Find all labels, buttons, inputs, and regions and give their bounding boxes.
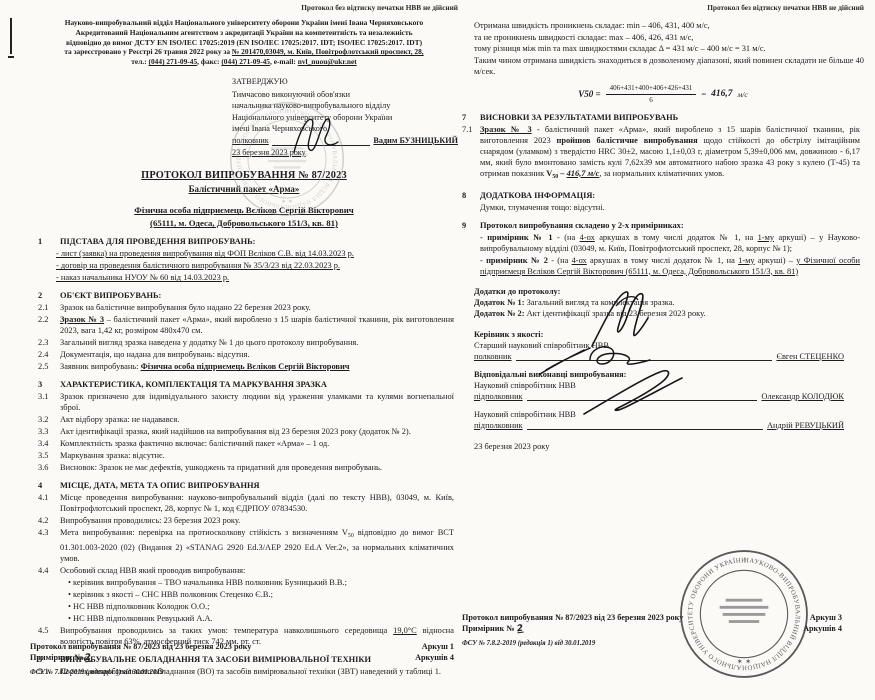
section-number: 3 [30,379,60,390]
section-9-heading: 9 Протокол випробування складено у 2-х п… [462,220,864,231]
section-item: 2.4Документація, що надана для випробува… [30,349,458,360]
section-item: 2.2Зразок № 3 – балістичний пакет «Арма»… [30,314,458,336]
footer-copy-label: Примірник № [462,624,514,633]
section-number: 1 [30,236,60,247]
org-header-line: відповідно до вимог ДСТУ EN ISO/IEC 1702… [30,38,458,48]
item-text: Документація, що надана для випробувань:… [60,349,458,360]
section-2-heading: 2 ОБ'ЄКТ ВИПРОБУВАНЬ: [30,290,458,301]
formula-unit: м/с [738,89,748,100]
item-text: Акт ідентифікації зразка, який надійшов … [60,426,458,437]
item-text: Заявник випробувань: Фізична особа підпр… [60,361,458,372]
formula-equals: = [701,89,706,100]
approval-block: ЗАТВЕРДЖУЮ Тимчасово виконуючий обов'язк… [232,76,458,158]
validity-notice: Протокол без відтиску печатки НВВ не дій… [462,0,864,12]
item-number: 4.1 [30,492,60,514]
signer-rank: полковник [474,351,512,362]
approval-name: Вадим БУЗНИЦЬКИЙ [373,135,458,147]
approval-signature-row: полковник Вадим БУЗНИЦЬКИЙ [232,135,458,147]
org-header-line: Науково-випробувальний відділ Національн… [30,18,458,28]
footer-sheets-total: Аркушів 4 [803,623,842,634]
section-item: 4.3Мета випробування: перевірка на проти… [30,527,458,564]
signature-group-title: Відповідальні виконавці випробування: [474,369,864,380]
org-header-line: тел.: (044) 271-09-45, факс: (044) 271-0… [30,57,458,67]
validity-notice: Протокол без відтиску печатки НВВ не дій… [30,0,458,12]
item-text: Думки, тлумачення тощо: відсутні. [480,202,864,213]
signer-name: Андрій РЕВУЦЬКИЙ [767,420,844,431]
signature-row: полковник Євген СТЕЦЕНКО [474,351,844,362]
item-text: Особовий склад НВВ який проводив випробу… [60,565,458,576]
v50-formula: V50 = 406+431+400+406+426+431 6 = 416,7 … [462,84,864,105]
signer-role: Науковий співробітник НВВ [474,380,864,391]
item-number: 2.3 [30,337,60,348]
footer-copy-line: Примірник № 2 [30,652,251,664]
applicant-address: (65111, м. Одеса, Добровольського 151/3,… [30,218,458,229]
item-text: Зразок на балістичне випробування було н… [60,302,458,313]
section-3-heading: 3 ХАРАКТЕРИСТИКА, КОМПЛЕКТАЦІЯ ТА МАРКУВ… [30,379,458,390]
section-item: 3.5Маркування зразка: відсутнє. [30,450,458,461]
results-paragraph: Отримана швидкість проникнень складає: m… [462,20,864,77]
item-text: Зразок призначено для індивідуального за… [60,391,458,413]
section-item: 3.4Комплектність зразка фактично включає… [30,438,458,449]
signer-name: Олександр КОЛОДЮК [761,391,844,402]
section-item: 7.1 Зразок № 3 - балістичний пакет «Арма… [462,124,864,183]
executor2-signature-group: Науковий співробітник НВВ підполковник А… [474,409,864,431]
section-title: ОБ'ЄКТ ВИПРОБУВАНЬ: [60,290,458,301]
section-title: МІСЦЕ, ДАТА, МЕТА ТА ОПИС ВИПРОБУВАННЯ [60,480,458,491]
formula-numerator: 406+431+400+406+426+431 [606,84,697,95]
item-number [462,255,480,277]
page-footer: Протокол випробування № 87/2023 від 23 б… [30,641,454,678]
item-text: Випробування проводились: 23 березня 202… [60,515,458,526]
attachment-label: Додаток № 2: [474,309,525,318]
copy-item: - примірник № 1 - (на 4-ох аркушах в том… [462,232,864,254]
approval-line: імені Івана Черняховського [232,123,458,135]
personnel-bullet: • НС НВВ підполковник Ревуцький А.А. [68,613,458,624]
item-number [462,232,480,254]
org-header-line: Акредитований Національним агентством з … [30,28,458,38]
section-8-heading: 8 ДОДАТКОВА ІНФОРМАЦІЯ: [462,190,864,201]
footer-copy-number-handwritten: 2 [516,624,524,636]
document-subtitle: Балістичний пакет «Арма» [30,184,458,195]
section-number: 7 [462,112,480,123]
formula-denominator: 6 [606,95,697,105]
footer-copy-label: Примірник № [30,653,82,662]
signature-row: підполковник Андрій РЕВУЦЬКИЙ [474,420,844,431]
item-text: Зразок № 3 – балістичний пакет «Арма», я… [60,314,458,336]
item-number: 2.1 [30,302,60,313]
applicant-name: Фізична особа підприємець Вєліков Сергій… [30,205,458,216]
formula-fraction: 406+431+400+406+426+431 6 [606,84,697,105]
footer-copy-number-handwritten: 2 [84,653,92,665]
executors-signature-group: Відповідальні виконавці випробування: На… [474,369,864,402]
item-number: 4.3 [30,527,60,564]
scanned-protocol-document: { "notice": "Протокол без відтиску печат… [0,0,875,700]
item-number: 2.4 [30,349,60,360]
section-item: 3.2Акт відбору зразка: не надавався. [30,414,458,425]
section-number: 4 [30,480,60,491]
section-title: ДОДАТКОВА ІНФОРМАЦІЯ: [480,190,864,201]
signer-rank: підполковник [474,420,523,431]
signer-role: Науковий співробітник НВВ [474,409,864,420]
section-number: 9 [462,220,480,231]
signature-line [516,351,773,361]
section-item: 2.3Загальний вигляд зразка наведена у до… [30,337,458,348]
section-item: 4.2Випробування проводились: 23 березня … [30,515,458,526]
section-title: Протокол випробування складено у 2-х при… [480,220,864,231]
approval-title: ЗАТВЕРДЖУЮ [232,76,458,88]
item-text: Комплектність зразка фактично включає: б… [60,438,458,449]
item-number [462,202,480,213]
page-footer: Протокол випробування № 87/2023 від 23 б… [462,612,842,649]
item-text: - примірник № 2 - (на 4-ох аркушах в том… [480,255,864,277]
footer-sheet: Аркуш 3 [803,612,842,623]
copy-item: - примірник № 2 - (на 4-ох аркушах в том… [462,255,864,277]
document-title-block: ПРОТОКОЛ ВИПРОБУВАННЯ № 87/2023 Балістич… [30,170,458,229]
item-number: 3.1 [30,391,60,413]
conclusion-text: Зразок № 3 - балістичний пакет «Арма», я… [480,124,864,183]
footer-sheets-total: Аркушів 4 [415,652,454,663]
item-number: 3.3 [30,426,60,437]
list-item: - наказ начальника НУОУ № 60 від 14.03.2… [56,272,458,283]
section-item: 3.6Висновок: Зразок не має дефектів, ушк… [30,462,458,473]
footer-form-ref: ФСУ № 7.8.2-2019 (редакція 1) від 30.01.… [462,638,842,649]
section-item: 3.1Зразок призначено для індивідуального… [30,391,458,413]
list-item: - лист (заявка) на проведення випробуван… [56,248,458,259]
item-text: Акт відбору зразка: не надавався. [60,414,458,425]
quality-signature-group: Керівник з якості: Старший науковий спів… [474,329,864,362]
attachments-title: Додатки до протоколу: [474,286,864,297]
section-1-heading: 1 ПІДСТАВА ДЛЯ ПРОВЕДЕННЯ ВИПРОБУВАНЬ: [30,236,458,247]
item-number: 3.4 [30,438,60,449]
signer-name: Євген СТЕЦЕНКО [776,351,844,362]
section-4-heading: 4 МІСЦЕ, ДАТА, МЕТА ТА ОПИС ВИПРОБУВАННЯ [30,480,458,491]
footer-copy-line: Примірник № 2 [462,623,683,635]
personnel-bullet: • НС НВВ підполковник Колодюк О.О.; [68,601,458,612]
item-text: Маркування зразка: відсутнє. [60,450,458,461]
signature-row: підполковник Олександр КОЛОДЮК [474,391,844,402]
personnel-bullet: • керівник випробування – ТВО начальника… [68,577,458,588]
item-text: Мета випробування: перевірка на протиоск… [60,527,458,564]
signatures-block: Керівник з якості: Старший науковий спів… [462,329,864,452]
attachment-text: Загальний вигляд та комплектація зразка. [527,298,675,307]
section-number: 2 [30,290,60,301]
attachment-line: Додаток № 2: Акт ідентифікації зразка ві… [474,308,864,319]
attachments-block: Додатки до протоколу: Додаток № 1: Загал… [462,286,864,319]
document-title: ПРОТОКОЛ ВИПРОБУВАННЯ № 87/2023 [30,170,458,181]
item-text: Місце проведення випробування: науково-в… [60,492,458,514]
item-number: 3.5 [30,450,60,461]
org-header: Науково-випробувальний відділ Національн… [30,18,458,67]
section-title: ПІДСТАВА ДЛЯ ПРОВЕДЕННЯ ВИПРОБУВАНЬ: [60,236,458,247]
page-3: Протокол без відтиску печатки НВВ не дій… [462,0,864,700]
item-number: 2.2 [30,314,60,336]
results-line: Таким чином отримана швидкість знаходить… [474,55,864,77]
approval-line: Національного університету оборони Украї… [232,112,458,124]
section-item: 3.3Акт ідентифікації зразка, який надійш… [30,426,458,437]
signatures-date: 23 березня 2023 року [474,441,864,452]
attachment-text: Акт ідентифікації зразка від 23 березня … [527,309,706,318]
section-title: ХАРАКТЕРИСТИКА, КОМПЛЕКТАЦІЯ ТА МАРКУВАН… [60,379,458,390]
signer-role: Старший науковий співробітник НВВ [474,340,864,351]
section-item: 2.1Зразок на балістичне випробування бул… [30,302,458,313]
section-item: Думки, тлумачення тощо: відсутні. [462,202,864,213]
signature-group-title: Керівник з якості: [474,329,864,340]
list-item: - договір на проведення балістичного вип… [56,260,458,271]
approval-line: Тимчасово виконуючий обов'язки [232,89,458,101]
item-number: 4.4 [30,565,60,576]
footer-protocol-ref: Протокол випробування № 87/2023 від 23 б… [462,612,683,623]
approval-date: 23 березня 2023 року [232,147,458,159]
section-item: 4.4Особовий склад НВВ який проводив випр… [30,565,458,576]
section-item: 2.5Заявник випробувань: Фізична особа пі… [30,361,458,372]
signer-rank: підполковник [474,391,523,402]
signature-line [527,391,758,401]
formula-lhs: V50 = [578,89,600,100]
item-number: 3.2 [30,414,60,425]
results-line: та не проникнень швидкості складає: max … [474,32,864,43]
section-item: 4.1Місце проведення випробування: науков… [30,492,458,514]
approval-line: начальника науково-випробувального відді… [232,100,458,112]
attachment-label: Додаток № 1: [474,298,525,307]
item-number: 3.6 [30,462,60,473]
signature-line [527,420,763,430]
page-1: Протокол без відтиску печатки НВВ не дій… [30,0,458,700]
item-number: 7.1 [462,124,480,183]
item-number: 4.2 [30,515,60,526]
footer-protocol-ref: Протокол випробування № 87/2023 від 23 б… [30,641,251,652]
approval-rank: полковник [232,135,269,147]
seal-bottom-mark: ✶ ✶ [737,657,752,666]
section-title: ВИСНОВКИ ЗА РЕЗУЛЬТАТАМИ ВИПРОБУВАНЬ [480,112,864,123]
personnel-bullet: • керівник з якості – СНС НВВ полковник … [68,589,458,600]
results-line: тому різниця між min та max швидкостями … [474,43,864,54]
signature-line [272,136,371,146]
formula-result: 416,7 [711,89,732,100]
results-line: Отримана швидкість проникнень складає: m… [474,20,864,31]
item-text: Висновок: Зразок не має дефектів, ушкодж… [60,462,458,473]
item-text: - примірник № 1 - (на 4-ох аркушах в том… [480,232,864,254]
footer-sheet: Аркуш 1 [415,641,454,652]
section-number: 8 [462,190,480,201]
attachment-line: Додаток № 1: Загальний вигляд та комплек… [474,297,864,308]
scan-registration-mark [10,18,12,54]
item-number: 2.5 [30,361,60,372]
section-7-heading: 7 ВИСНОВКИ ЗА РЕЗУЛЬТАТАМИ ВИПРОБУВАНЬ [462,112,864,123]
item-text: Загальний вигляд зразка наведена у додат… [60,337,458,348]
footer-form-ref: ФСУ № 7.8.2-2019 (редакція 1) від 30.01.… [30,667,454,678]
org-header-line: та зареєстровано у Реєстрі 26 травня 202… [30,47,458,57]
